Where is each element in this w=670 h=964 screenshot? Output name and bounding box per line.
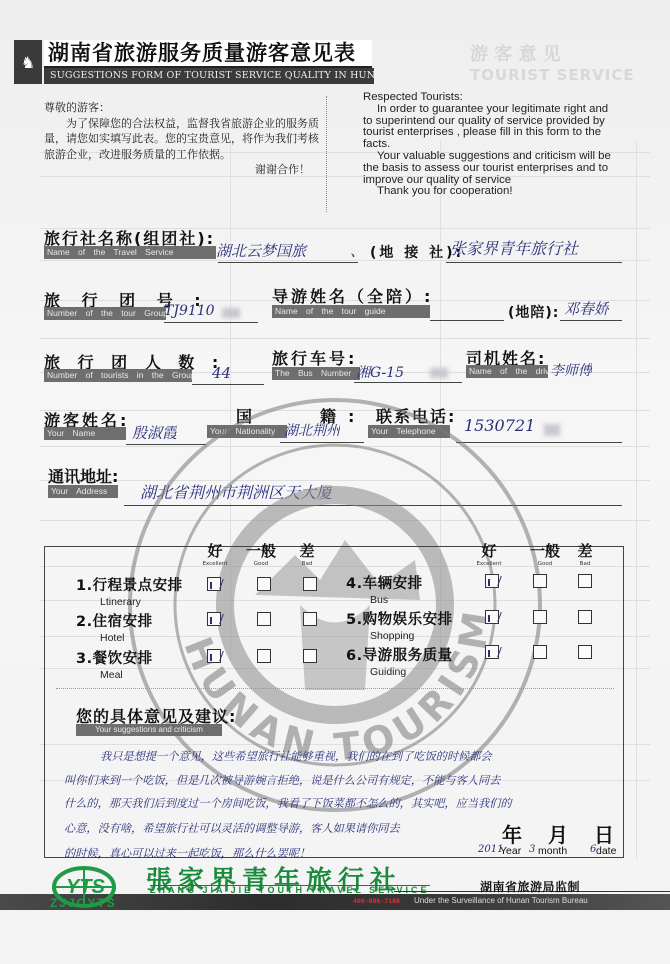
suggestion-line: 心意，没有啥，希望旅行社可以灵活的调整导游，客人如果请你同去 — [64, 822, 504, 836]
col-good-left: 一般Good — [236, 540, 286, 567]
bleed-through-subtitle: TOURIST SERVICE — [470, 66, 635, 84]
group-number-field[interactable]: TJ9110 — [164, 303, 215, 319]
suggestions-label-en: Your suggestions and criticism — [76, 724, 222, 736]
rating-item-meal: 3.餐饮安排 — [76, 647, 153, 668]
bus-number-label: 旅行车号: — [272, 346, 357, 369]
intro-thanks: Thank you for cooperation! — [363, 186, 638, 198]
rating-item-meal-en: Meal — [100, 669, 123, 681]
bleed-through-title: 游 客 意 见 — [470, 40, 561, 66]
tourist-name-label-en: Your Name — [44, 427, 126, 440]
meal-excellent-checkbox[interactable] — [207, 649, 221, 663]
col-excellent-right: 好Excellent — [474, 540, 504, 567]
suggestion-line: 什么的，那天我们后到度过一个房间吃饭，我看了下饭菜都不怎么的，其实吧，应当我们的 — [64, 797, 624, 811]
local-agency-field[interactable]: 张家界青年旅行社 — [450, 236, 626, 259]
hotel-excellent-checkbox[interactable] — [207, 612, 221, 626]
footer-brand-en: ZHANG JIA JIE YOUTH TRAVEL SERVICE — [150, 885, 430, 895]
rating-item-shopping-en: Shopping — [370, 630, 414, 642]
suggestion-line: 叫你们来到一个吃饭，但是几次被导游婉言拒绝，说是什么公司有规定，不能与客人同去 — [64, 774, 624, 788]
rating-item-guiding-en: Guiding — [370, 666, 406, 678]
address-label-en: Your Address — [48, 485, 118, 498]
hotel-bad-checkbox[interactable] — [303, 612, 317, 626]
address-label: 通讯地址: — [48, 464, 118, 487]
itinerary-bad-checkbox[interactable] — [303, 577, 317, 591]
local-guide-label: (地陪): — [508, 302, 559, 322]
bus-excellent-checkbox[interactable] — [485, 574, 499, 588]
phone-label-en: Your Telephone — [368, 425, 450, 438]
bus-good-checkbox[interactable] — [533, 574, 547, 588]
feedback-form-page: ♞ 湖南省旅游服务质量游客意见表 SUGGESTIONS FORM OF TOU… — [0, 0, 670, 964]
date-day-label: 日 — [594, 819, 614, 848]
suggestion-line: 我只是想提一个意见，这些希望旅行社能够重视，我们的在到了吃饭的时候都会 — [100, 750, 620, 764]
intro-signoff-cn: 谢谢合作！ — [44, 162, 324, 178]
intro-paragraph-cn: 为了保障您的合法权益，监督我省旅游企业的服务质量，请您如实填写此表。您的宝贵意见… — [44, 116, 324, 163]
agency-separator: 、 — [350, 240, 365, 261]
guiding-bad-checkbox[interactable] — [578, 645, 592, 659]
itinerary-good-checkbox[interactable] — [257, 577, 271, 591]
rating-item-itinerary: 1.行程景点安排 — [76, 574, 183, 595]
redacted-region — [544, 424, 560, 436]
suggestion-line: 的时候，真心可以过来一起吃饭，那么什么罢呢！ — [64, 847, 464, 861]
nationality-label-en: Your Nationality — [207, 425, 287, 438]
intro-chinese: 尊敬的游客： 为了保障您的合法权益，监督我省旅游企业的服务质量，请您如实填写此表… — [44, 100, 324, 178]
phone-field[interactable]: 1530721 — [464, 416, 535, 435]
date-year-label: 年 — [502, 819, 522, 848]
form-title: 湖南省旅游服务质量游客意见表 — [44, 40, 372, 68]
redacted-region — [430, 368, 448, 378]
col-bad-right: 差Bad — [570, 540, 600, 567]
shopping-excellent-checkbox[interactable] — [485, 610, 499, 624]
tourist-name-field[interactable]: 殷淑霞 — [132, 422, 177, 443]
footer-logo-text: ZJJCYTS — [50, 896, 117, 910]
col-bad-left: 差Bad — [292, 540, 322, 567]
horse-emblem-icon: ♞ — [14, 40, 42, 84]
section-divider — [56, 688, 614, 689]
group-number-label-en: Number of the tour Group — [44, 307, 166, 320]
hotel-good-checkbox[interactable] — [257, 612, 271, 626]
rating-item-bus-en: Bus — [370, 594, 388, 606]
date-month-en: month — [538, 845, 567, 857]
rating-item-itinerary-en: Ltinerary — [100, 596, 141, 608]
address-field[interactable]: 湖北省荆州市荆洲区天大厦 — [140, 480, 332, 503]
agency-field[interactable]: 湖北云梦国旅 — [216, 240, 356, 261]
agency-label-en: Name of the Travel Service — [44, 246, 216, 259]
date-month-field[interactable]: 3 — [529, 844, 535, 855]
intro-line: In order to guarantee your legitimate ri… — [363, 104, 638, 116]
date-year-en: Year — [500, 845, 521, 857]
local-guide-field[interactable]: 邓春娇 — [564, 298, 609, 319]
intro-line: tourist enterprises , please fill in thi… — [363, 127, 638, 139]
footer-supervisor-cn: 湖南省旅游局监制 — [480, 878, 580, 895]
intro-greeting-cn: 尊敬的游客： — [44, 100, 324, 116]
date-month-label: 月 — [548, 819, 568, 848]
form-title-english: SUGGESTIONS FORM OF TOURIST SERVICE QUAL… — [44, 68, 374, 84]
intro-line: Your valuable suggestions and criticism … — [363, 151, 638, 163]
rating-item-hotel-en: Hotel — [100, 632, 125, 644]
bus-bad-checkbox[interactable] — [578, 574, 592, 588]
guiding-excellent-checkbox[interactable] — [485, 645, 499, 659]
bus-number-field[interactable]: 湘G-15 — [356, 362, 404, 382]
footer-phone: 400-886-7188 — [353, 898, 400, 905]
driver-field[interactable]: 李师傅 — [550, 360, 592, 380]
shopping-good-checkbox[interactable] — [533, 610, 547, 624]
redacted-region — [222, 308, 240, 318]
meal-good-checkbox[interactable] — [257, 649, 271, 663]
svg-text:YTS: YTS — [66, 876, 106, 898]
itinerary-excellent-checkbox[interactable] — [207, 577, 221, 591]
intro-divider — [326, 96, 327, 212]
col-good-right: 一般Good — [520, 540, 570, 567]
guide-label-en: Name of the tour guide — [272, 305, 430, 318]
bus-number-label-en: The Bus Number — [272, 367, 360, 380]
col-excellent-left: 好Excellent — [200, 540, 230, 567]
driver-label-en: Name of the driver — [466, 365, 548, 378]
date-day-en: date — [596, 845, 616, 857]
group-size-field[interactable]: 44 — [212, 364, 231, 382]
guiding-good-checkbox[interactable] — [533, 645, 547, 659]
rating-item-guiding: 6.导游服务质量 — [346, 644, 453, 665]
intro-line: the basis to assess our tourist enterpri… — [363, 163, 638, 175]
guide-label: 导游姓名（全陪）: — [272, 284, 433, 307]
group-size-label-en: Number of tourists in the Group — [44, 369, 192, 382]
rating-item-hotel: 2.住宿安排 — [76, 610, 153, 631]
intro-english: Respected Tourists: In order to guarante… — [363, 92, 638, 198]
rating-item-bus: 4.车辆安排 — [346, 572, 423, 593]
nationality-field[interactable]: 湖北荆州 — [284, 420, 340, 440]
rating-item-shopping: 5.购物娱乐安排 — [346, 608, 453, 629]
footer-supervisor-en: Under the Surveillance of Hunan Tourism … — [414, 896, 588, 905]
phone-label: 联系电话: — [376, 404, 456, 427]
meal-bad-checkbox[interactable] — [303, 649, 317, 663]
shopping-bad-checkbox[interactable] — [578, 610, 592, 624]
